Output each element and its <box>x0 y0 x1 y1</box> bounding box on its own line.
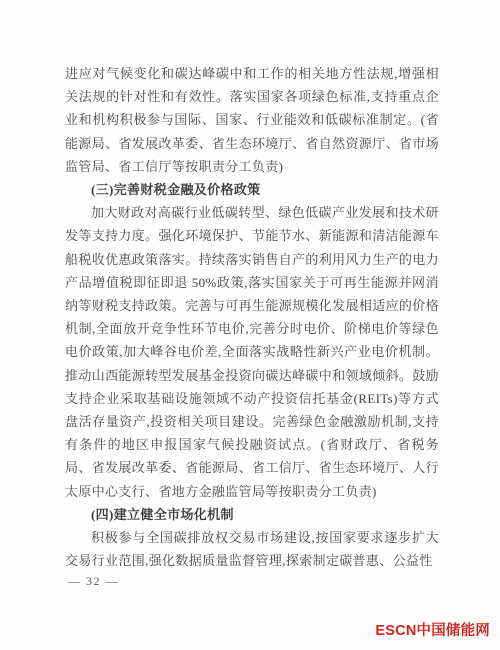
paragraph-continuation: 进应对气候变化和碳达峰碳中和工作的相关地方性法规,增强相关法规的针对性和有效性。… <box>65 62 439 178</box>
document-page: 进应对气候变化和碳达峰碳中和工作的相关地方性法规,增强相关法规的针对性和有效性。… <box>0 0 500 650</box>
escn-watermark-logo: ESCN中国储能网 <box>375 622 490 640</box>
document-body: 进应对气候变化和碳达峰碳中和工作的相关地方性法规,增强相关法规的针对性和有效性。… <box>65 62 439 572</box>
page-number: — 32 — <box>68 572 119 590</box>
paragraph-fiscal-policy: 加大财政对高碳行业低碳转型、绿色低碳产业发展和技术研发等支持力度。强化环境保护、… <box>65 201 439 503</box>
paragraph-market-mechanism: 积极参与全国碳排放权交易市场建设,按国家要求逐步扩大交易行业范围,强化数据质量监… <box>65 526 439 572</box>
section-heading-3: (三)完善财税金融及价格政策 <box>65 178 439 201</box>
section-heading-4: (四)建立健全市场化机制 <box>65 503 439 526</box>
